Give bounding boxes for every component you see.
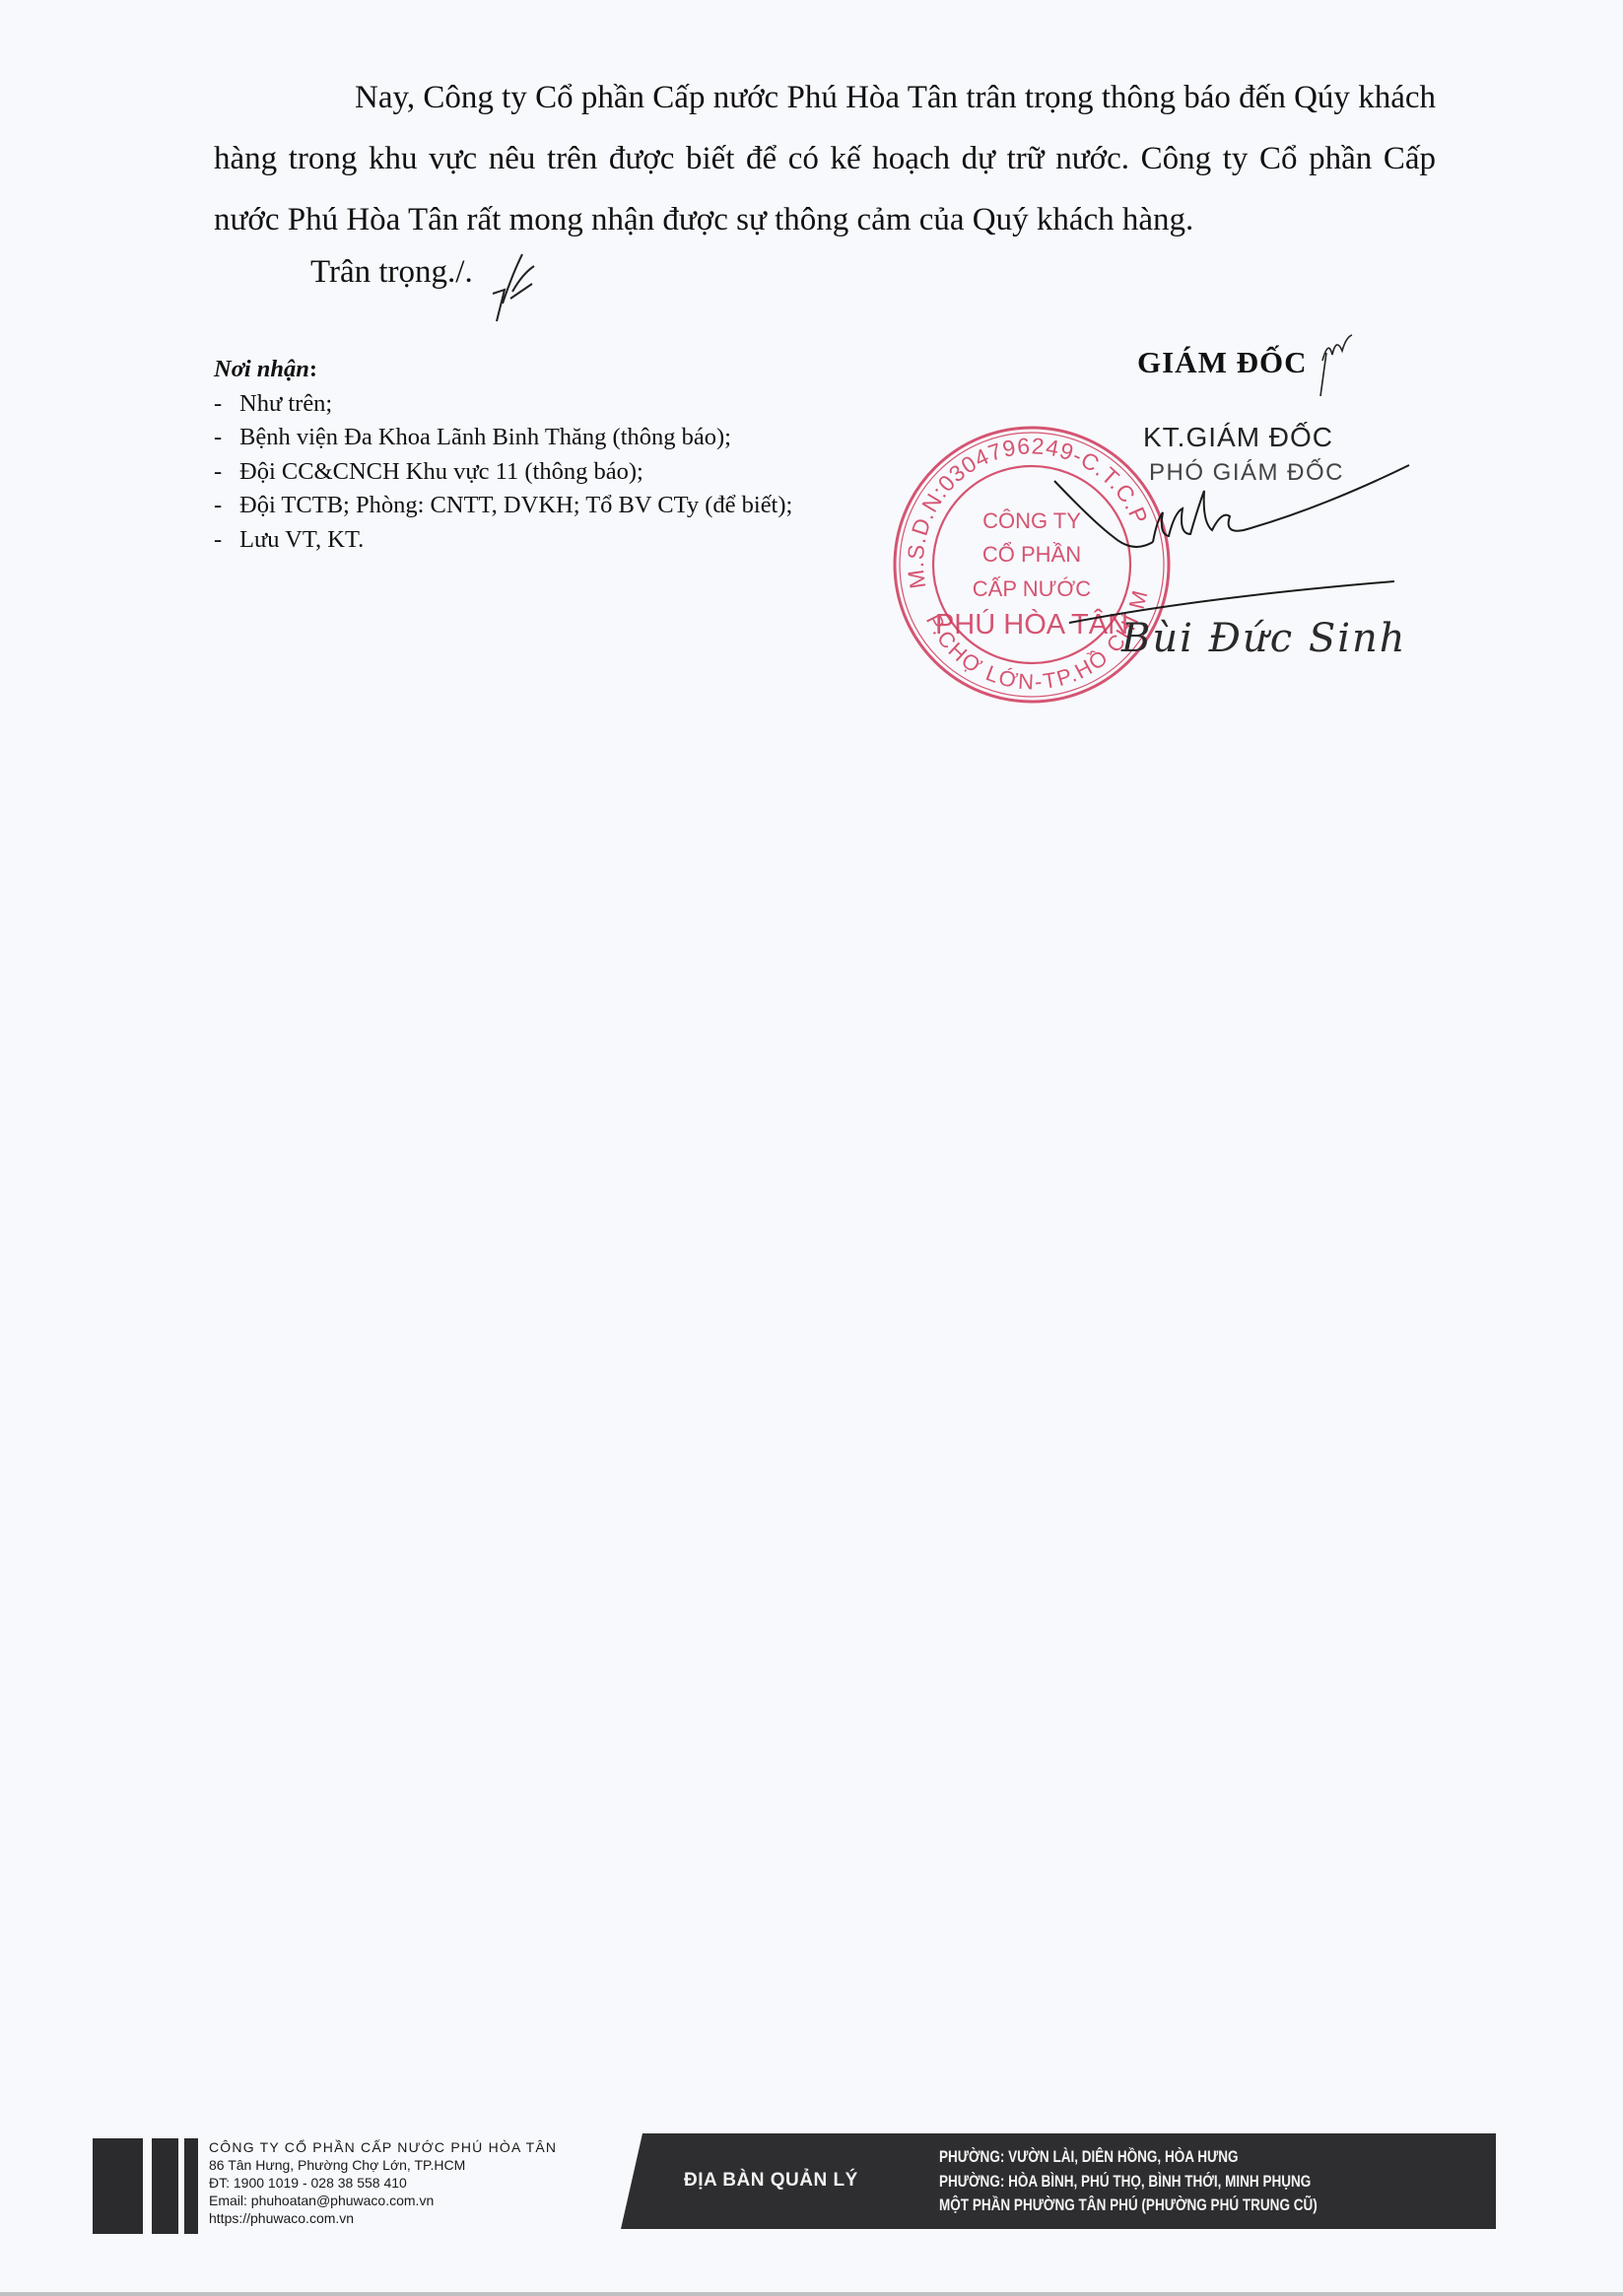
footer-website[interactable]: https://phuwaco.com.vn <box>209 2209 557 2227</box>
list-dash: - <box>214 523 222 558</box>
director-title: GIÁM ĐỐC <box>1137 345 1307 380</box>
company-seal-icon: M.S.D.N:0304796249-C.T.C.P P.CHỢ LỚN-TP.… <box>889 422 1175 708</box>
footer-logo-bar <box>93 2138 143 2234</box>
recipient-item: -Đội TCTB; Phòng: CNTT, DVKH; Tổ BV CTy … <box>214 489 792 523</box>
recipient-text: Đội TCTB; Phòng: CNTT, DVKH; Tổ BV CTy (… <box>239 492 792 518</box>
footer-areas-list: PHƯỜNG: VƯỜN LÀI, DIÊN HỒNG, HÒA HƯNG PH… <box>939 2145 1318 2218</box>
footer-banner-label: ĐỊA BÀN QUẢN LÝ <box>684 2170 858 2192</box>
footer-company-info: CÔNG TY CỔ PHẦN CẤP NƯỚC PHÚ HÒA TÂN 86 … <box>209 2138 557 2227</box>
list-dash: - <box>214 489 222 523</box>
list-dash: - <box>214 387 222 422</box>
seal-line: CẤP NƯỚC <box>973 576 1091 601</box>
recipient-text: Như trên; <box>239 390 332 417</box>
on-behalf-title: KT.GIÁM ĐỐC <box>1143 422 1333 453</box>
seal-line: CỔ PHẦN <box>982 542 1081 567</box>
footer-area-line: MỘT PHẦN PHƯỜNG TÂN PHÚ (PHƯỜNG PHÚ TRUN… <box>939 2194 1318 2218</box>
recipients-title-colon: : <box>309 356 317 382</box>
recipients-list: -Như trên; -Bệnh viện Đa Khoa Lãnh Binh … <box>214 387 792 558</box>
footer-company-name: CÔNG TY CỔ PHẦN CẤP NƯỚC PHÚ HÒA TÂN <box>209 2138 557 2156</box>
body-paragraph: Nay, Công ty Cổ phần Cấp nước Phú Hòa Tâ… <box>214 67 1436 250</box>
footer-area-line: PHƯỜNG: HÒA BÌNH, PHÚ THỌ, BÌNH THỚI, MI… <box>939 2170 1318 2195</box>
seal-line: CÔNG TY <box>982 508 1081 533</box>
footer-logo-bar <box>152 2138 178 2234</box>
closing-text: Trân trọng./. <box>310 252 473 292</box>
footer-logo-bar <box>184 2138 198 2234</box>
initials-mark-icon <box>483 244 552 323</box>
list-dash: - <box>214 421 222 455</box>
recipient-item: -Bệnh viện Đa Khoa Lãnh Binh Thăng (thôn… <box>214 421 792 455</box>
director-initials-icon <box>1317 331 1356 400</box>
deputy-title: PHÓ GIÁM ĐỐC <box>1149 459 1344 487</box>
footer-address: 86 Tân Hưng, Phường Chợ Lớn, TP.HCM <box>209 2156 557 2174</box>
footer-email[interactable]: Email: phuhoatan@phuwaco.com.vn <box>209 2192 557 2209</box>
recipients-title: Nơi nhận: <box>214 353 792 387</box>
seal-line: PHÚ HÒA TÂN <box>935 608 1128 641</box>
list-dash: - <box>214 455 222 490</box>
recipient-text: Lưu VT, KT. <box>239 526 364 553</box>
recipient-item: -Đội CC&CNCH Khu vực 11 (thông báo); <box>214 455 792 490</box>
footer-phone: ĐT: 1900 1019 - 028 38 558 410 <box>209 2174 557 2192</box>
recipient-text: Bệnh viện Đa Khoa Lãnh Binh Thăng (thông… <box>239 424 731 450</box>
page-bottom-edge <box>0 2292 1623 2296</box>
recipient-text: Đội CC&CNCH Khu vực 11 (thông báo); <box>239 458 643 485</box>
footer-area-line: PHƯỜNG: VƯỜN LÀI, DIÊN HỒNG, HÒA HƯNG <box>939 2145 1318 2170</box>
signer-name: Bùi Đức Sinh <box>1121 616 1407 661</box>
recipient-item: -Như trên; <box>214 387 792 422</box>
recipients-title-text: Nơi nhận <box>214 356 309 382</box>
recipient-item: -Lưu VT, KT. <box>214 523 792 558</box>
recipients-block: Nơi nhận: -Như trên; -Bệnh viện Đa Khoa … <box>214 353 792 557</box>
